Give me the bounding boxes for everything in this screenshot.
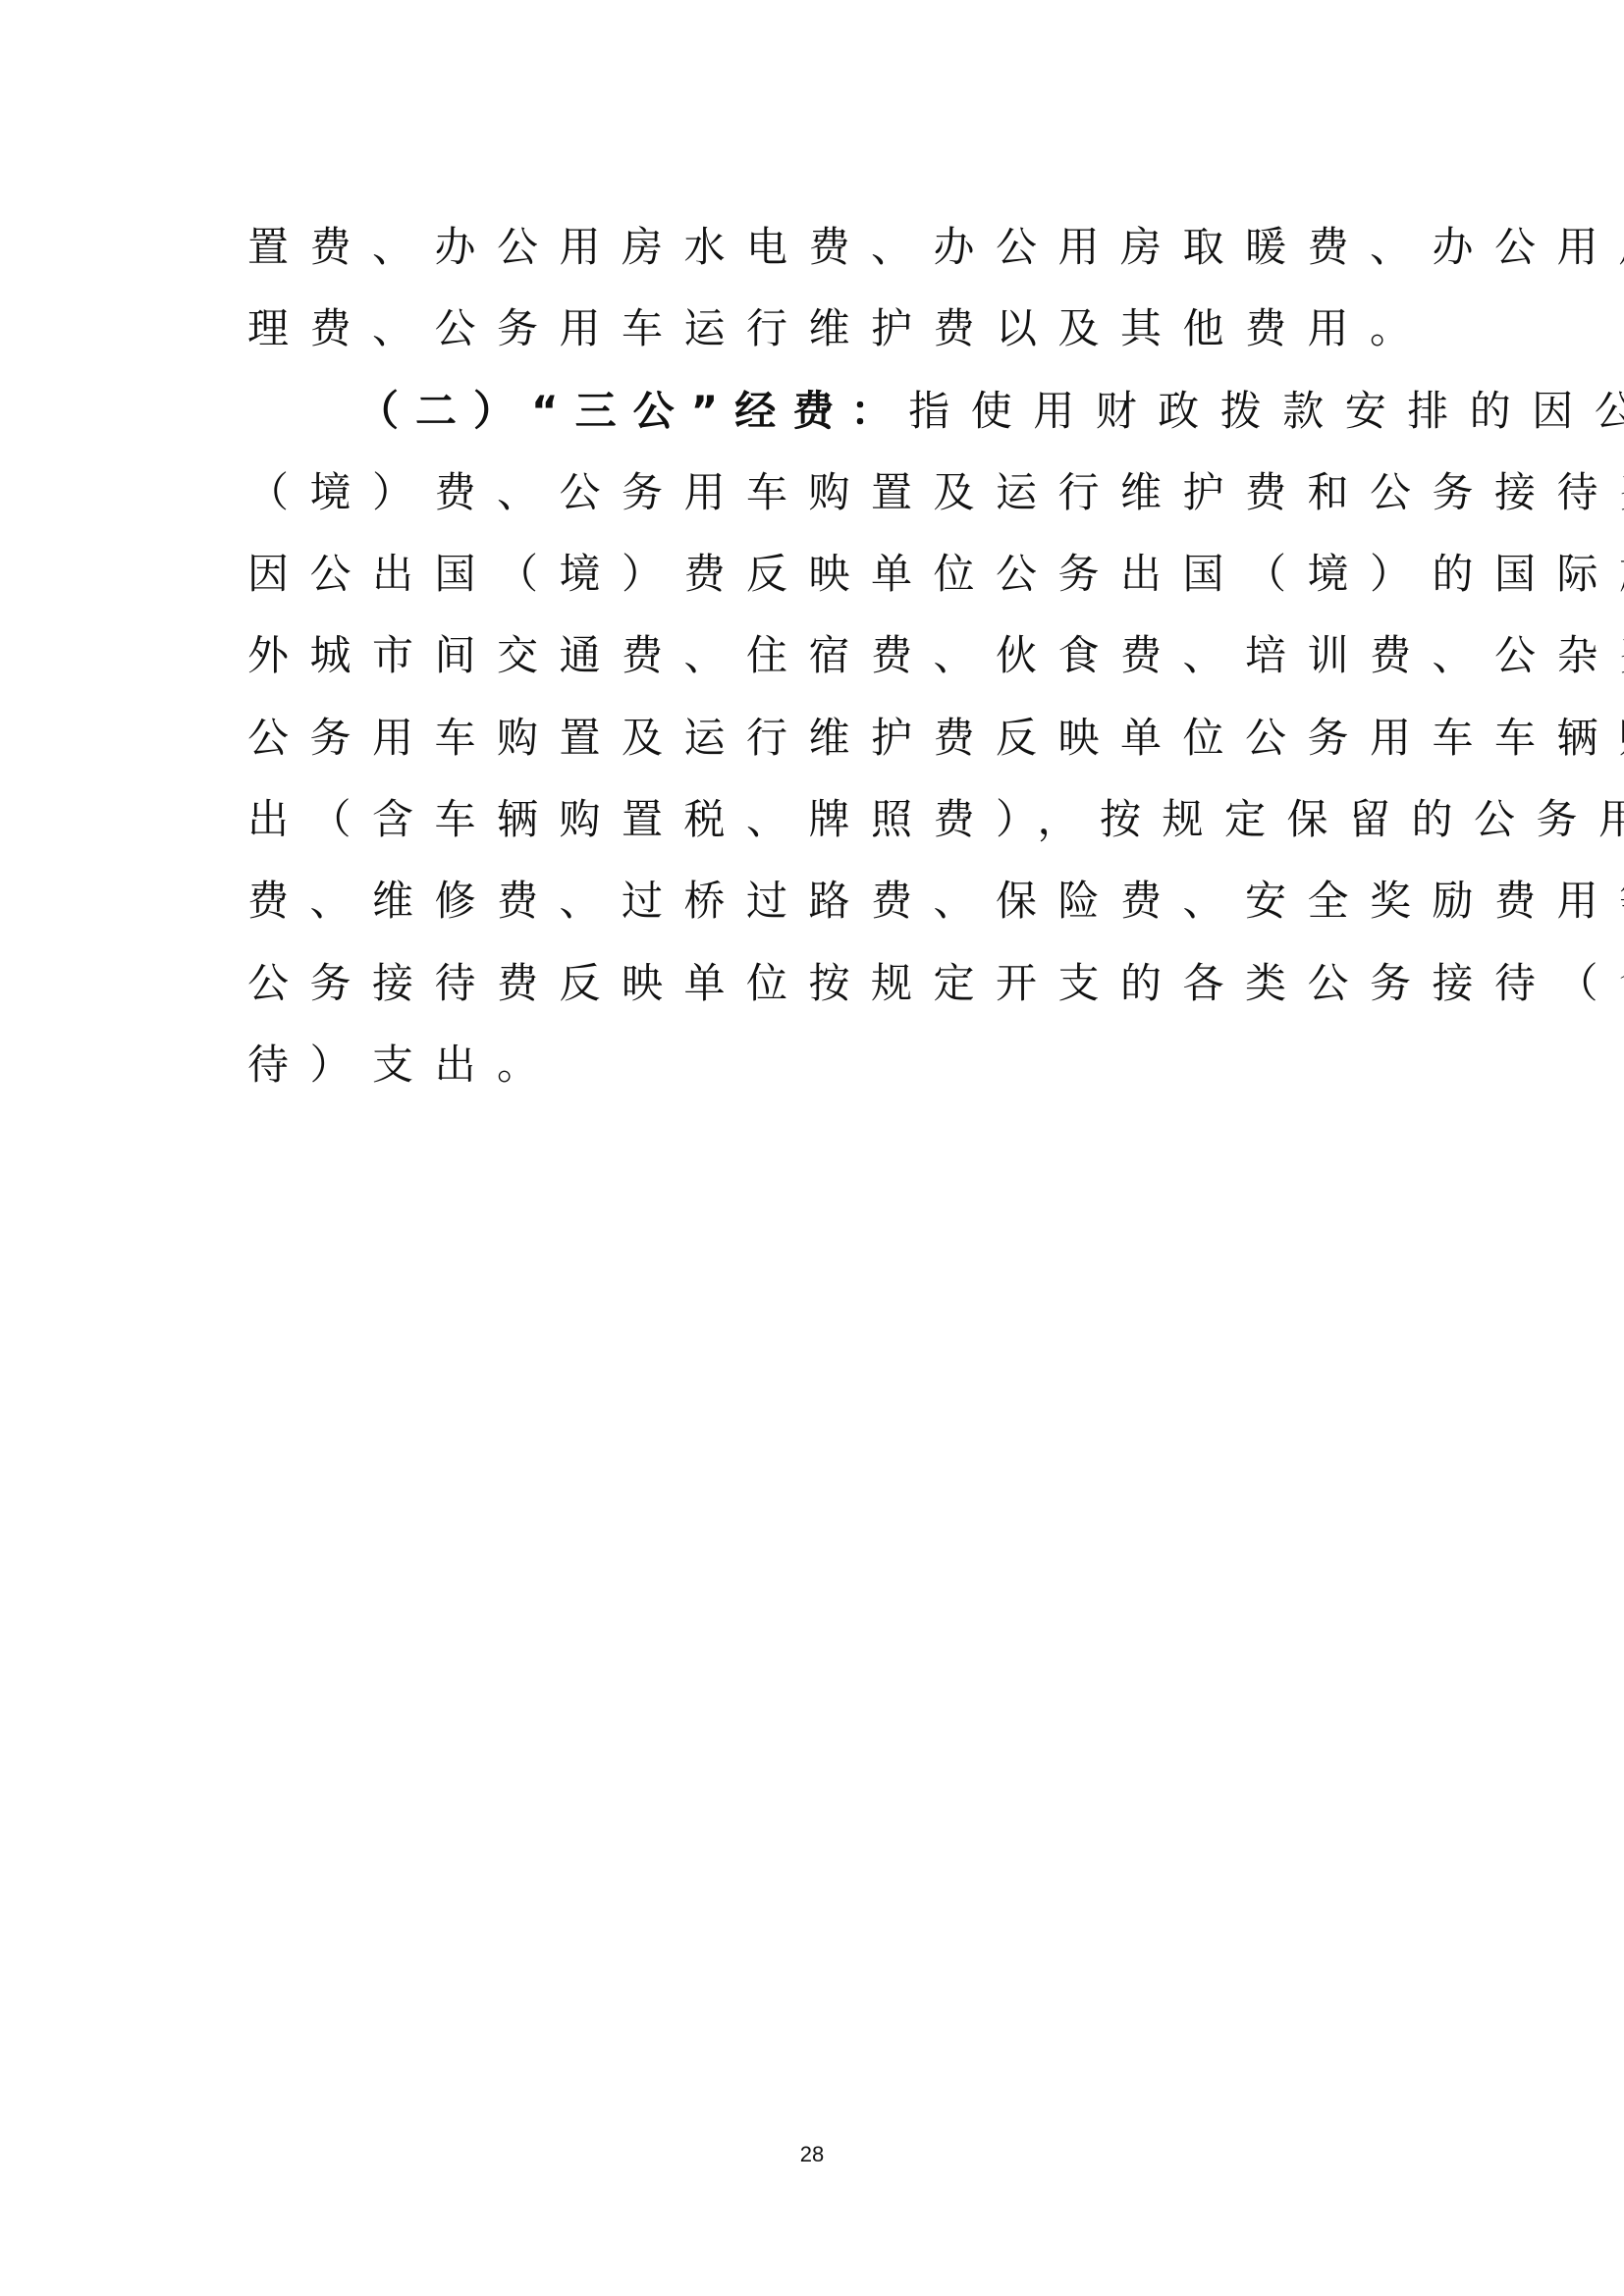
line-text: 公务接待费反映单位按规定开支的各类公务接待（含外宾接 (247, 959, 1624, 1007)
paragraph-line: 待）支出。 (247, 1036, 1386, 1117)
paragraph-line: 费、维修费、过桥过路费、保险费、安全奖励费用等支出； (247, 872, 1386, 953)
line-text: 置费、办公用房水电费、办公用房取暖费、办公用房物业管 (247, 223, 1624, 271)
paragraph-line: 外城市间交通费、住宿费、伙食费、培训费、公杂费等支出； (247, 626, 1386, 708)
document-page: 置费、办公用房水电费、办公用房取暖费、办公用房物业管 理费、公务用车运行维护费以… (0, 0, 1624, 2296)
paragraph-line: 公务接待费反映单位按规定开支的各类公务接待（含外宾接 (247, 954, 1386, 1036)
line-text: 外城市间交通费、住宿费、伙食费、培训费、公杂费等支出； (247, 631, 1624, 679)
line-text: （境）费、公务用车购置及运行维护费和公务接待费。其中， (247, 468, 1624, 516)
paragraph-line: 公务用车购置及运行维护费反映单位公务用车车辆购置支 (247, 709, 1386, 790)
page-number: 28 (0, 2142, 1624, 2167)
line-text: 出（含车辆购置税、牌照费），按规定保留的公务用车燃料 (247, 795, 1624, 843)
section-heading-line: （二）“三公”经费：指使用财政拨款安排的因公出国 (247, 382, 1386, 463)
paragraph-line: 置费、办公用房水电费、办公用房取暖费、办公用房物业管 (247, 218, 1386, 299)
line-text: 待）支出。 (247, 1041, 560, 1089)
section-heading: （二）“三公”经费： (357, 387, 908, 435)
line-text: 理费、公务用车运行维护费以及其他费用。 (247, 304, 1433, 352)
line-text: 公务用车购置及运行维护费反映单位公务用车车辆购置支 (247, 714, 1624, 762)
line-text: 费、维修费、过桥过路费、保险费、安全奖励费用等支出； (247, 877, 1624, 925)
paragraph-line: （境）费、公务用车购置及运行维护费和公务接待费。其中， (247, 463, 1386, 545)
paragraph-line: 理费、公务用车运行维护费以及其他费用。 (247, 299, 1386, 381)
paragraph-line: 因公出国（境）费反映单位公务出国（境）的国际旅费、国 (247, 545, 1386, 626)
paragraph-line: 出（含车辆购置税、牌照费），按规定保留的公务用车燃料 (247, 790, 1386, 872)
body-text: 置费、办公用房水电费、办公用房取暖费、办公用房物业管 理费、公务用车运行维护费以… (247, 218, 1386, 1117)
line-text: 因公出国（境）费反映单位公务出国（境）的国际旅费、国 (247, 550, 1624, 598)
line-text: 指使用财政拨款安排的因公出国 (908, 387, 1624, 435)
